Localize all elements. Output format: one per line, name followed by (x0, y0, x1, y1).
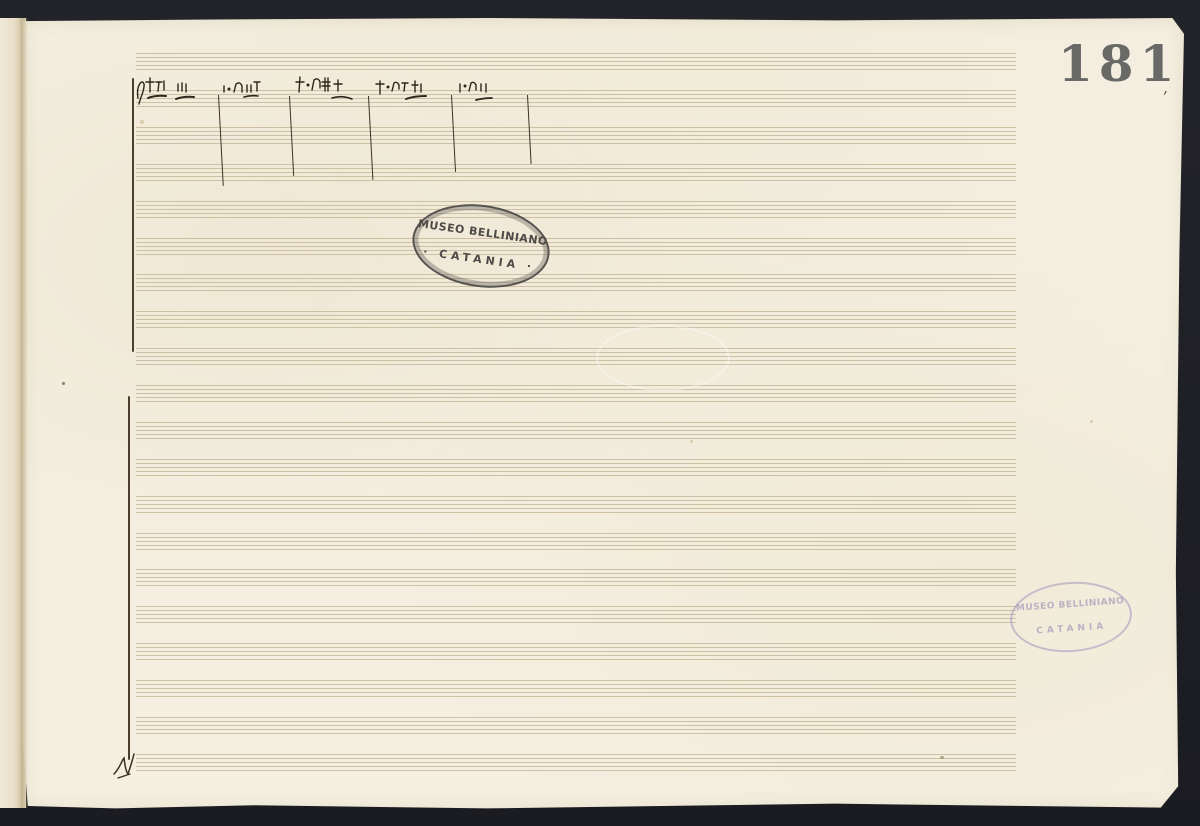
flourish-icon (112, 752, 142, 780)
staff-line (136, 250, 1016, 251)
staff-line (136, 360, 1016, 361)
staff-20 (136, 754, 1016, 771)
staff-line (136, 573, 1016, 574)
staff-12 (136, 459, 1016, 476)
staff-line (136, 274, 1016, 275)
staff-line (136, 319, 1016, 320)
staff-line (136, 459, 1016, 460)
staff-line (136, 438, 1016, 439)
staff-line (136, 401, 1016, 402)
staff-line (136, 577, 1016, 578)
watermark-oval (596, 325, 730, 391)
staff-line (136, 733, 1016, 734)
paper-speck (940, 756, 944, 759)
staff-14 (136, 533, 1016, 550)
staff-line (136, 286, 1016, 287)
staff-line (136, 172, 1016, 173)
staff-line (136, 135, 1016, 136)
staff-3 (136, 127, 1016, 144)
staff-line (136, 696, 1016, 697)
staff-line (136, 139, 1016, 140)
staff-15 (136, 569, 1016, 586)
staff-line (136, 692, 1016, 693)
staff-line (136, 475, 1016, 476)
stamp-top-text: MUSEO BELLINIANO (417, 217, 548, 248)
staff-line (136, 53, 1016, 54)
staff-line (136, 393, 1016, 394)
staff-line (136, 618, 1016, 619)
system-brace-1 (132, 78, 134, 352)
staff-line (136, 500, 1016, 501)
staff-line (136, 610, 1016, 611)
staff-line (136, 389, 1016, 390)
staff-line (136, 180, 1016, 181)
end-flourish-mark (112, 752, 142, 786)
staff-line (136, 282, 1016, 283)
notation-glyphs-icon (136, 72, 536, 106)
paper-speck (1090, 420, 1093, 423)
staff-line (136, 238, 1016, 239)
staff-line (136, 680, 1016, 681)
staff-line (136, 430, 1016, 431)
staff-9 (136, 348, 1016, 365)
ink-speck (62, 382, 65, 385)
staff-line (136, 569, 1016, 570)
staff-line (136, 168, 1016, 169)
staff-4 (136, 164, 1016, 181)
system-brace-2 (128, 396, 130, 760)
staff-line (136, 659, 1016, 660)
staff-line (136, 688, 1016, 689)
staff-line (136, 176, 1016, 177)
staff-line (136, 106, 1016, 107)
staff-line (136, 426, 1016, 427)
staff-line (136, 622, 1016, 623)
staff-line (136, 533, 1016, 534)
staff-17 (136, 643, 1016, 660)
staff-line (136, 754, 1016, 755)
page-number-mark: , (1163, 78, 1168, 97)
staff-line (136, 717, 1016, 718)
staff-line (136, 545, 1016, 546)
staff-1 (136, 53, 1016, 70)
staff-line (136, 201, 1016, 202)
staff-line (136, 323, 1016, 324)
staff-line (136, 254, 1016, 255)
staff-line (136, 164, 1016, 165)
staff-line (136, 471, 1016, 472)
staff-line (136, 655, 1016, 656)
staff-line (136, 651, 1016, 652)
staff-line (136, 725, 1016, 726)
staff-line (136, 217, 1016, 218)
staff-13 (136, 496, 1016, 513)
staff-line (136, 397, 1016, 398)
staff-line (136, 352, 1016, 353)
staff-11 (136, 422, 1016, 439)
staff-5 (136, 201, 1016, 218)
staff-18 (136, 680, 1016, 697)
staff-line (136, 758, 1016, 759)
staff-line (136, 131, 1016, 132)
staff-line (136, 57, 1016, 58)
staff-line (136, 213, 1016, 214)
staff-line (136, 581, 1016, 582)
staff-line (136, 385, 1016, 386)
staff-line (136, 278, 1016, 279)
paper-speck (690, 440, 693, 443)
staff-line (136, 242, 1016, 243)
staff-line (136, 434, 1016, 435)
staff-line (136, 541, 1016, 542)
staff-line (136, 770, 1016, 771)
stamp-bottom-text: · CATANIA · (422, 245, 535, 274)
staff-line (136, 290, 1016, 291)
staff-line (136, 467, 1016, 468)
staff-line (136, 585, 1016, 586)
staff-line (136, 246, 1016, 247)
staff-6 (136, 238, 1016, 255)
staff-line (136, 684, 1016, 685)
staff-line (136, 766, 1016, 767)
handwritten-notation (136, 72, 536, 102)
staff-line (136, 512, 1016, 513)
staff-line (136, 311, 1016, 312)
staff-line (136, 143, 1016, 144)
staff-line (136, 327, 1016, 328)
faint-stamp-bottom-text: CATANIA (1036, 622, 1108, 637)
staff-line (136, 614, 1016, 615)
staff-7 (136, 274, 1016, 291)
staff-line (136, 721, 1016, 722)
staff-line (136, 422, 1016, 423)
page-fold-shadow (22, 18, 28, 808)
staff-line (136, 209, 1016, 210)
staff-line (136, 647, 1016, 648)
staff-line (136, 205, 1016, 206)
staff-line (136, 463, 1016, 464)
staff-16 (136, 606, 1016, 623)
staff-line (136, 65, 1016, 66)
staff-line (136, 348, 1016, 349)
staff-line (136, 356, 1016, 357)
paper-speck (140, 120, 144, 124)
staff-line (136, 508, 1016, 509)
staff-8 (136, 311, 1016, 328)
staff-line (136, 127, 1016, 128)
staff-line (136, 729, 1016, 730)
staff-line (136, 496, 1016, 497)
staff-line (136, 61, 1016, 62)
staff-line (136, 762, 1016, 763)
faint-stamp-top-text: MUSEO BELLINIANO (1016, 596, 1125, 614)
staff-19 (136, 717, 1016, 734)
staff-line (136, 537, 1016, 538)
staff-line (136, 504, 1016, 505)
staff-line (136, 643, 1016, 644)
staff-10 (136, 385, 1016, 402)
staff-line (136, 606, 1016, 607)
staff-line (136, 364, 1016, 365)
staff-line (136, 315, 1016, 316)
staff-line (136, 69, 1016, 70)
staff-line (136, 549, 1016, 550)
